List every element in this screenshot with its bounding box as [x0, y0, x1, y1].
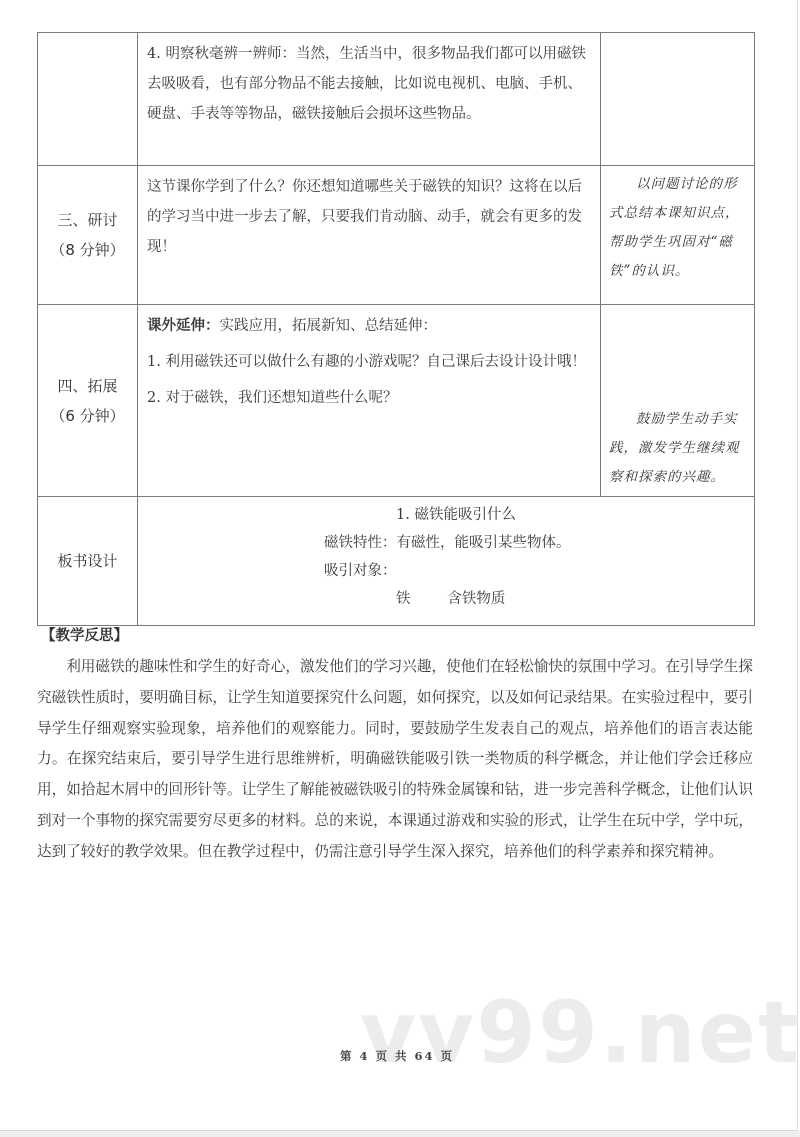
content-cell: 这节课你学到了什么？你还想知道哪些关于磁铁的知识？这将在以后的学习当中进一步去了… [138, 166, 601, 305]
content-cell: 4. 明察秋毫辨一辨师：当然，生活当中，很多物品我们都可以用磁铁去吸吸看，也有部… [138, 33, 601, 166]
board-design-label: 板书设计 [38, 497, 138, 626]
lesson-plan-table: 4. 明察秋毫辨一辨师：当然，生活当中，很多物品我们都可以用磁铁去吸吸看，也有部… [37, 32, 755, 626]
stage-cell-empty [38, 33, 138, 166]
note-cell: 以问题讨论的形式总结本课知识点，帮助学生巩固对“磁铁”的认识。 [601, 166, 755, 305]
content-cell: 课外延伸：实践应用，拓展新知、总结延伸： 1. 利用磁铁还可以做什么有趣的小游戏… [138, 305, 601, 497]
extension-item-1: 1. 利用磁铁还可以做什么有趣的小游戏呢？自己课后去设计设计哦！ [147, 347, 592, 377]
board-line-4: 铁 含铁物质 [138, 585, 754, 613]
reflection-heading: 【教学反思】 [41, 624, 128, 645]
document-page: 4. 明察秋毫辨一辨师：当然，生活当中，很多物品我们都可以用磁铁去吸吸看，也有部… [0, 0, 798, 1131]
board-line-1: 1. 磁铁能吸引什么 [138, 501, 754, 529]
table-row-activity-4: 4. 明察秋毫辨一辨师：当然，生活当中，很多物品我们都可以用磁铁去吸吸看，也有部… [38, 33, 755, 166]
extension-lead-text: 实践应用，拓展新知、总结延伸： [220, 318, 438, 334]
page-separator [0, 1131, 800, 1137]
table-row-discussion: 三、研讨 （8 分钟） 这节课你学到了什么？你还想知道哪些关于磁铁的知识？这将在… [38, 166, 755, 305]
note-cell: 鼓励学生动手实践，激发学生继续观察和探索的兴趣。 [601, 305, 755, 497]
table-row-extension: 四、拓展 （6 分钟） 课外延伸：实践应用，拓展新知、总结延伸： 1. 利用磁铁… [38, 305, 755, 497]
stage-title: 三、研讨 [38, 205, 137, 235]
stage-time: （8 分钟） [38, 235, 137, 265]
stage-title: 四、拓展 [38, 371, 137, 401]
design-intent-note: 鼓励学生动手实践，激发学生继续观察和探索的兴趣。 [609, 405, 748, 492]
extension-item-2: 2. 对于磁铁，我们还想知道些什么呢？ [147, 383, 592, 413]
board-line-3: 吸引对象： [138, 557, 754, 585]
page-number: 第 4 页 共 64 页 [340, 1048, 454, 1064]
board-design-content: 1. 磁铁能吸引什么 磁铁特性：有磁性，能吸引某些物体。 吸引对象： 铁 含铁物… [138, 497, 755, 626]
discussion-text: 这节课你学到了什么？你还想知道哪些关于磁铁的知识？这将在以后的学习当中进一步去了… [147, 172, 592, 262]
stage-cell-discussion: 三、研讨 （8 分钟） [38, 166, 138, 305]
extension-lead-label: 课外延伸： [147, 318, 220, 334]
extension-lead: 课外延伸：实践应用，拓展新知、总结延伸： [147, 311, 592, 341]
board-line-2: 磁铁特性：有磁性，能吸引某些物体。 [138, 529, 754, 557]
stage-time: （6 分钟） [38, 401, 137, 431]
activity-4-text: 4. 明察秋毫辨一辨师：当然，生活当中，很多物品我们都可以用磁铁去吸吸看，也有部… [147, 39, 592, 129]
design-intent-note: 以问题讨论的形式总结本课知识点，帮助学生巩固对“磁铁”的认识。 [609, 170, 748, 286]
reflection-paragraph: 利用磁铁的趣味性和学生的好奇心，激发他们的学习兴趣，使他们在轻松愉快的氛围中学习… [37, 652, 753, 868]
table-row-board-design: 板书设计 1. 磁铁能吸引什么 磁铁特性：有磁性，能吸引某些物体。 吸引对象： … [38, 497, 755, 626]
stage-cell-extension: 四、拓展 （6 分钟） [38, 305, 138, 497]
note-cell-empty [601, 33, 755, 166]
